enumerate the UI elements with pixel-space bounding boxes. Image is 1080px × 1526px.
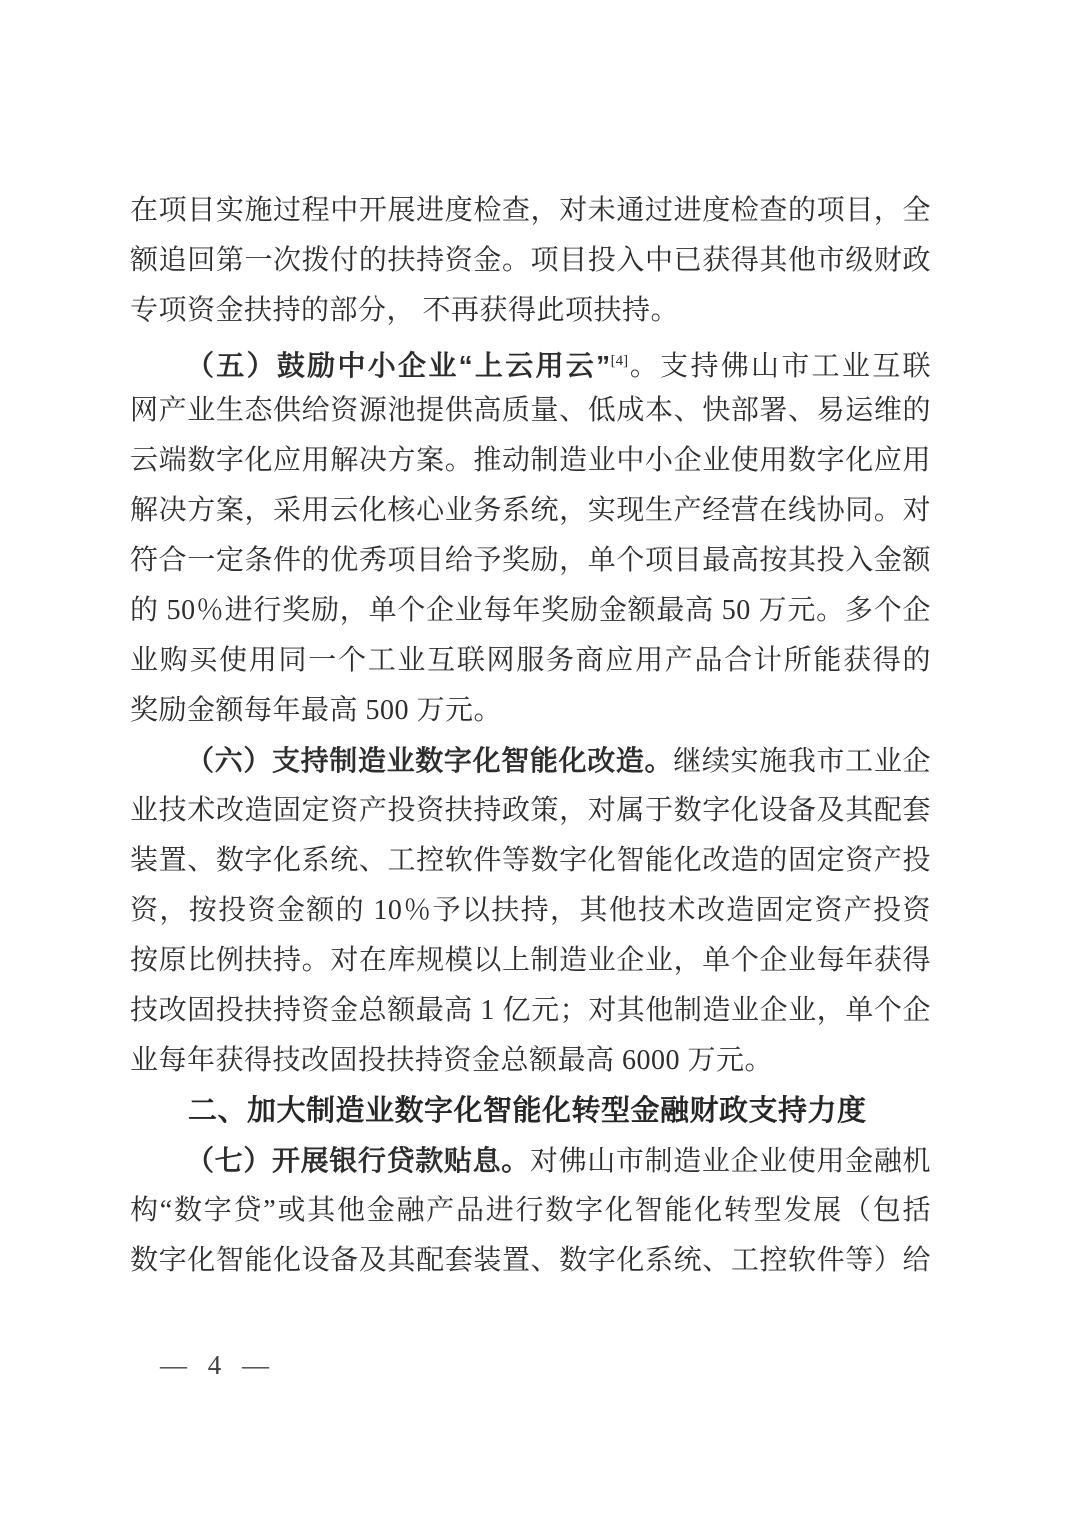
body-line: 技改固投扶持资金总额最高 1 亿元；对其他制造业企业，单个企: [130, 986, 931, 1036]
section-2-heading: 二、加大制造业数字化智能化转型金融财政支持力度: [130, 1086, 931, 1136]
body-line: 云端数字化应用解决方案。推动制造业中小企业使用数字化应用: [130, 436, 931, 486]
footnote-ref-4: [4]: [611, 353, 629, 369]
body-line: 业购买使用同一个工业互联网服务商应用产品合计所能获得的: [130, 636, 931, 686]
body-line: 在项目实施过程中开展进度检查，对未通过进度检查的项目，全: [130, 186, 931, 236]
item-7-title: （七）开展银行贷款贴息。: [186, 1145, 530, 1176]
body-line: 构“数字贷”或其他金融产品进行数字化智能化转型发展（包括: [130, 1186, 931, 1236]
item-5-first-line: （五）鼓励中小企业“上云用云”[4]。支持佛山市工业互联: [130, 336, 931, 386]
body-line: 资，按投资金额的 10％予以扶持，其他技术改造固定资产投资: [130, 886, 931, 936]
body-line: 符合一定条件的优秀项目给予奖励，单个项目最高按其投入金额: [130, 536, 931, 586]
body-line: 专项资金扶持的部分， 不再获得此项扶持。: [130, 286, 931, 336]
body-line: 解决方案，采用云化核心业务系统，实现生产经营在线协同。对: [130, 486, 931, 536]
item-5-title: （五）鼓励中小企业“上云用云”: [186, 350, 611, 381]
body-line: 的 50％进行奖励，单个企业每年奖励金额最高 50 万元。多个企: [130, 586, 931, 636]
body-text: 对佛山市制造业企业使用金融机: [530, 1146, 931, 1177]
body-line: 数字化智能化设备及其配套装置、数字化系统、工控软件等）给: [130, 1236, 931, 1286]
page-number: — 4 —: [160, 1350, 276, 1381]
body-text: 继续实施我市工业企: [673, 746, 931, 777]
item-6-title: （六）支持制造业数字化智能化改造。: [186, 745, 673, 776]
item-6-first-line: （六）支持制造业数字化智能化改造。继续实施我市工业企: [130, 736, 931, 786]
body-line: 网产业生态供给资源池提供高质量、低成本、快部署、易运维的: [130, 386, 931, 436]
body-line: 业每年获得技改固投扶持资金总额最高 6000 万元。: [130, 1036, 931, 1086]
body-line: 装置、数字化系统、工控软件等数字化智能化改造的固定资产投: [130, 836, 931, 886]
body-line: 奖励金额每年最高 500 万元。: [130, 686, 931, 736]
body-line: 按原比例扶持。对在库规模以上制造业企业，单个企业每年获得: [130, 936, 931, 986]
text-block: 在项目实施过程中开展进度检查，对未通过进度检查的项目，全 额追回第一次拨付的扶持…: [130, 186, 931, 1286]
body-text: 。支持佛山市工业互联: [628, 351, 931, 382]
body-line: 业技术改造固定资产投资扶持政策，对属于数字化设备及其配套: [130, 786, 931, 836]
item-7-first-line: （七）开展银行贷款贴息。对佛山市制造业企业使用金融机: [130, 1136, 931, 1186]
document-page: 在项目实施过程中开展进度检查，对未通过进度检查的项目，全 额追回第一次拨付的扶持…: [0, 0, 1080, 1526]
body-line: 额追回第一次拨付的扶持资金。项目投入中已获得其他市级财政: [130, 236, 931, 286]
